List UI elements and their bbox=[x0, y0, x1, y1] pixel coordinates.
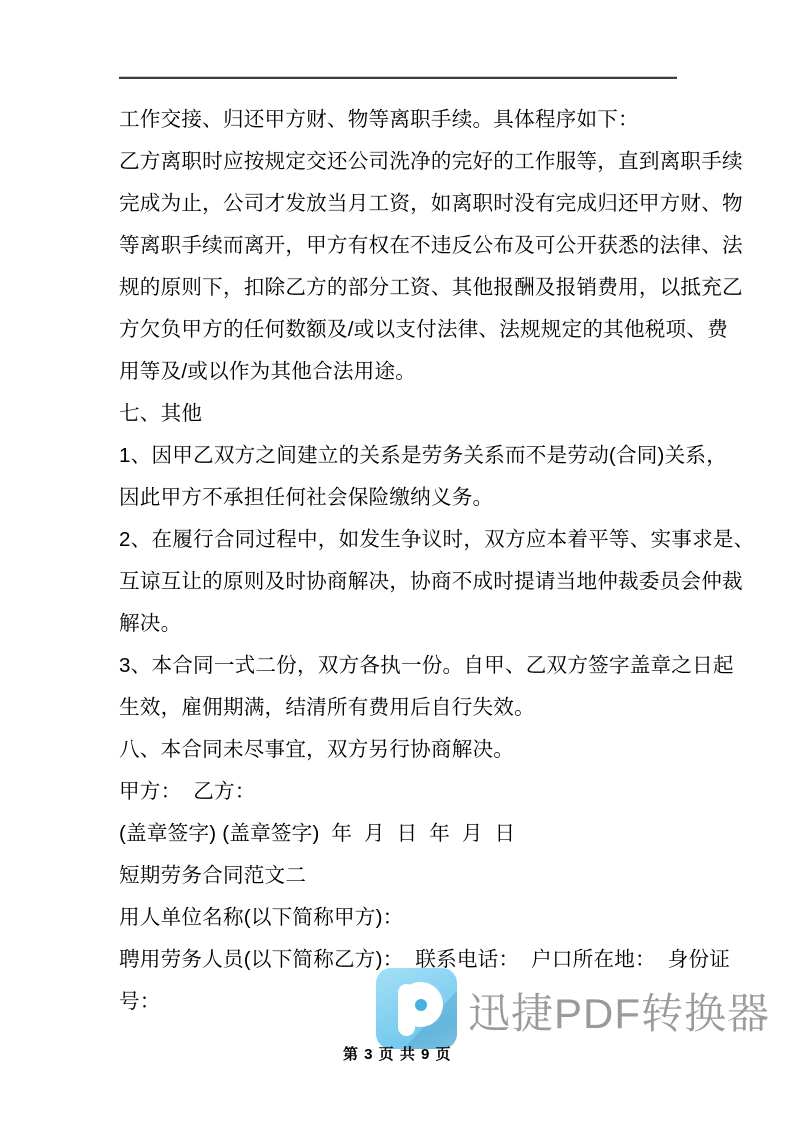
text-line: 完成为止，公司才发放当月工资，如离职时没有完成归还甲方财、物 bbox=[119, 183, 679, 225]
text-line: 号： bbox=[119, 981, 679, 1023]
text-line: 解决。 bbox=[119, 603, 679, 645]
document-page: 工作交接、归还甲方财、物等离职手续。具体程序如下： 乙方离职时应按规定交还公司洗… bbox=[0, 0, 793, 1122]
text-line: 等离职手续而离开，甲方有权在不违反公布及可公开获悉的法律、法 bbox=[119, 225, 679, 267]
section-heading: 七、其他 bbox=[119, 393, 679, 435]
text-line: 生效，雇佣期满，结清所有费用后自行失效。 bbox=[119, 687, 679, 729]
text-line: 因此甲方不承担任何社会保险缴纳义务。 bbox=[119, 477, 679, 519]
text-line: 工作交接、归还甲方财、物等离职手续。具体程序如下： bbox=[119, 99, 679, 141]
text-line: 3、本合同一式二份，双方各执一份。自甲、乙双方签字盖章之日起 bbox=[119, 645, 679, 687]
signature-line: 甲方： 乙方： bbox=[119, 771, 679, 813]
text-line: 2、在履行合同过程中，如发生争议时，双方应本着平等、实事求是、 bbox=[119, 519, 679, 561]
section-heading: 短期劳务合同范文二 bbox=[119, 855, 679, 897]
text-line: 乙方离职时应按规定交还公司洗净的完好的工作服等，直到离职手续 bbox=[119, 141, 679, 183]
text-line: 聘用劳务人员(以下简称乙方)： 联系电话： 户口所在地： 身份证 bbox=[119, 939, 679, 981]
text-line: 方欠负甲方的任何数额及/或以支付法律、法规规定的其他税项、费 bbox=[119, 309, 679, 351]
text-line: 1、因甲乙双方之间建立的关系是劳务关系而不是劳动(合同)关系， bbox=[119, 435, 679, 477]
text-line: 互谅互让的原则及时协商解决，协商不成时提请当地仲裁委员会仲裁 bbox=[119, 561, 679, 603]
section-heading: 八、本合同未尽事宜，双方另行协商解决。 bbox=[119, 729, 679, 771]
page-number-footer: 第 3 页 共 9 页 bbox=[343, 1043, 452, 1064]
signature-line: (盖章签字) (盖章签字) 年 月 日 年 月 日 bbox=[119, 813, 679, 855]
header-rule bbox=[119, 77, 677, 79]
document-body: 工作交接、归还甲方财、物等离职手续。具体程序如下： 乙方离职时应按规定交还公司洗… bbox=[119, 99, 679, 1023]
text-line: 用等及/或以作为其他合法用途。 bbox=[119, 351, 679, 393]
text-line: 规的原则下，扣除乙方的部分工资、其他报酬及报销费用，以抵充乙 bbox=[119, 267, 679, 309]
text-line: 用人单位名称(以下简称甲方)： bbox=[119, 897, 679, 939]
